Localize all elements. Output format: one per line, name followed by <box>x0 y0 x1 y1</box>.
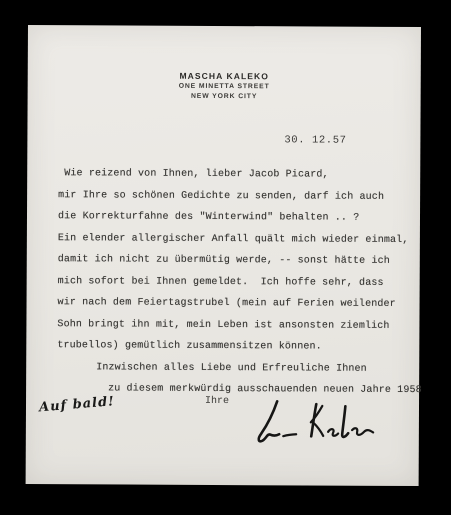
body-line: Wie reizend von Ihnen, lieber Jacob Pica… <box>58 163 408 186</box>
body-line: Ein elender allergischer Anfall quält mi… <box>58 228 408 251</box>
letterhead: MASCHA KALEKO ONE MINETTA STREET NEW YOR… <box>28 69 421 103</box>
body-line: Inzwischen alles Liebe und Erfreuliche I… <box>57 357 407 380</box>
signature-icon <box>226 395 386 458</box>
body-line: Sohn bringt ihn mit, mein Leben ist anso… <box>57 314 407 337</box>
body-line: wir nach dem Feiertagstrubel (mein auf F… <box>57 292 407 315</box>
body-line: die Korrekturfahne des "Winterwind" beha… <box>58 206 408 229</box>
signature-mascha-kaleko <box>226 395 386 458</box>
body-line: damit ich nicht zu übermütig werde, -- s… <box>58 249 408 272</box>
body-line: trubellos) gemütlich zusammensitzen könn… <box>57 335 407 358</box>
body-line: mich sofort bei Ihnen gemeldet. Ich hoff… <box>58 271 408 294</box>
letterhead-address-line2: NEW YORK CITY <box>28 91 421 103</box>
photo-background: MASCHA KALEKO ONE MINETTA STREET NEW YOR… <box>0 0 451 515</box>
letter-body: Wie reizend von Ihnen, lieber Jacob Pica… <box>57 163 408 401</box>
body-line: mir Ihre so schönen Gedichte zu senden, … <box>58 185 408 208</box>
letter-paper: MASCHA KALEKO ONE MINETTA STREET NEW YOR… <box>26 25 421 486</box>
letter-date: 30. 12.57 <box>284 134 346 146</box>
handwritten-note: Auf bald! <box>39 394 116 415</box>
